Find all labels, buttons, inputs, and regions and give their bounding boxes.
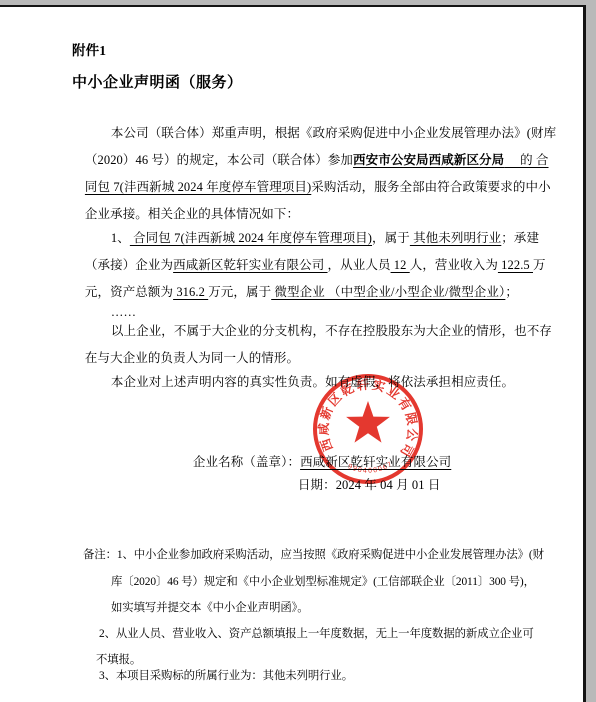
scan-right-edge	[583, 5, 586, 702]
star-icon	[346, 401, 390, 443]
para4-line: 本企业对上述声明内容的真实性负责。如有虚假，将依法承担相应责任。	[98, 358, 514, 406]
note-text: 3、本项目采购标的所属行业为：其他未列明行业。	[99, 670, 353, 682]
note-text: 2、从业人员、营业收入、资产总额填报上一年度数据，无上一年度数据的新成立企业可	[99, 628, 534, 640]
company-label: 企业名称（盖章）：	[193, 455, 300, 469]
assets-value: 316.2	[173, 285, 208, 299]
document-page: 附件1 中小企业声明函（服务） 本公司（联合体）郑重声明，根据《政府采购促进中小…	[0, 0, 596, 702]
scan-right-margin	[586, 0, 596, 702]
scan-top-edge	[0, 5, 586, 7]
item1-text: 万	[533, 258, 546, 272]
item1-text: 万元，属于	[208, 285, 271, 299]
para1-text: 采购活动，服务全部由符合政策要求的中小	[311, 180, 550, 194]
attachment-label: 附件1	[72, 43, 106, 59]
note-line-4: 2、从业人员、营业收入、资产总额填报上一年度数据，无上一年度数据的新成立企业可	[88, 610, 534, 658]
enterprise-type-value: 微型企业 （中型企业/小型企业/微型企业）	[271, 285, 505, 299]
item1-text: ；	[505, 285, 518, 299]
note-line-6: 3、本项目采购标的所属行业为：其他未列明行业。	[88, 652, 353, 700]
company-seal-stamp: 西咸新区乾轩实业有限公司 9904000678	[311, 372, 425, 486]
page-title: 中小企业声明函（服务）	[72, 75, 243, 91]
